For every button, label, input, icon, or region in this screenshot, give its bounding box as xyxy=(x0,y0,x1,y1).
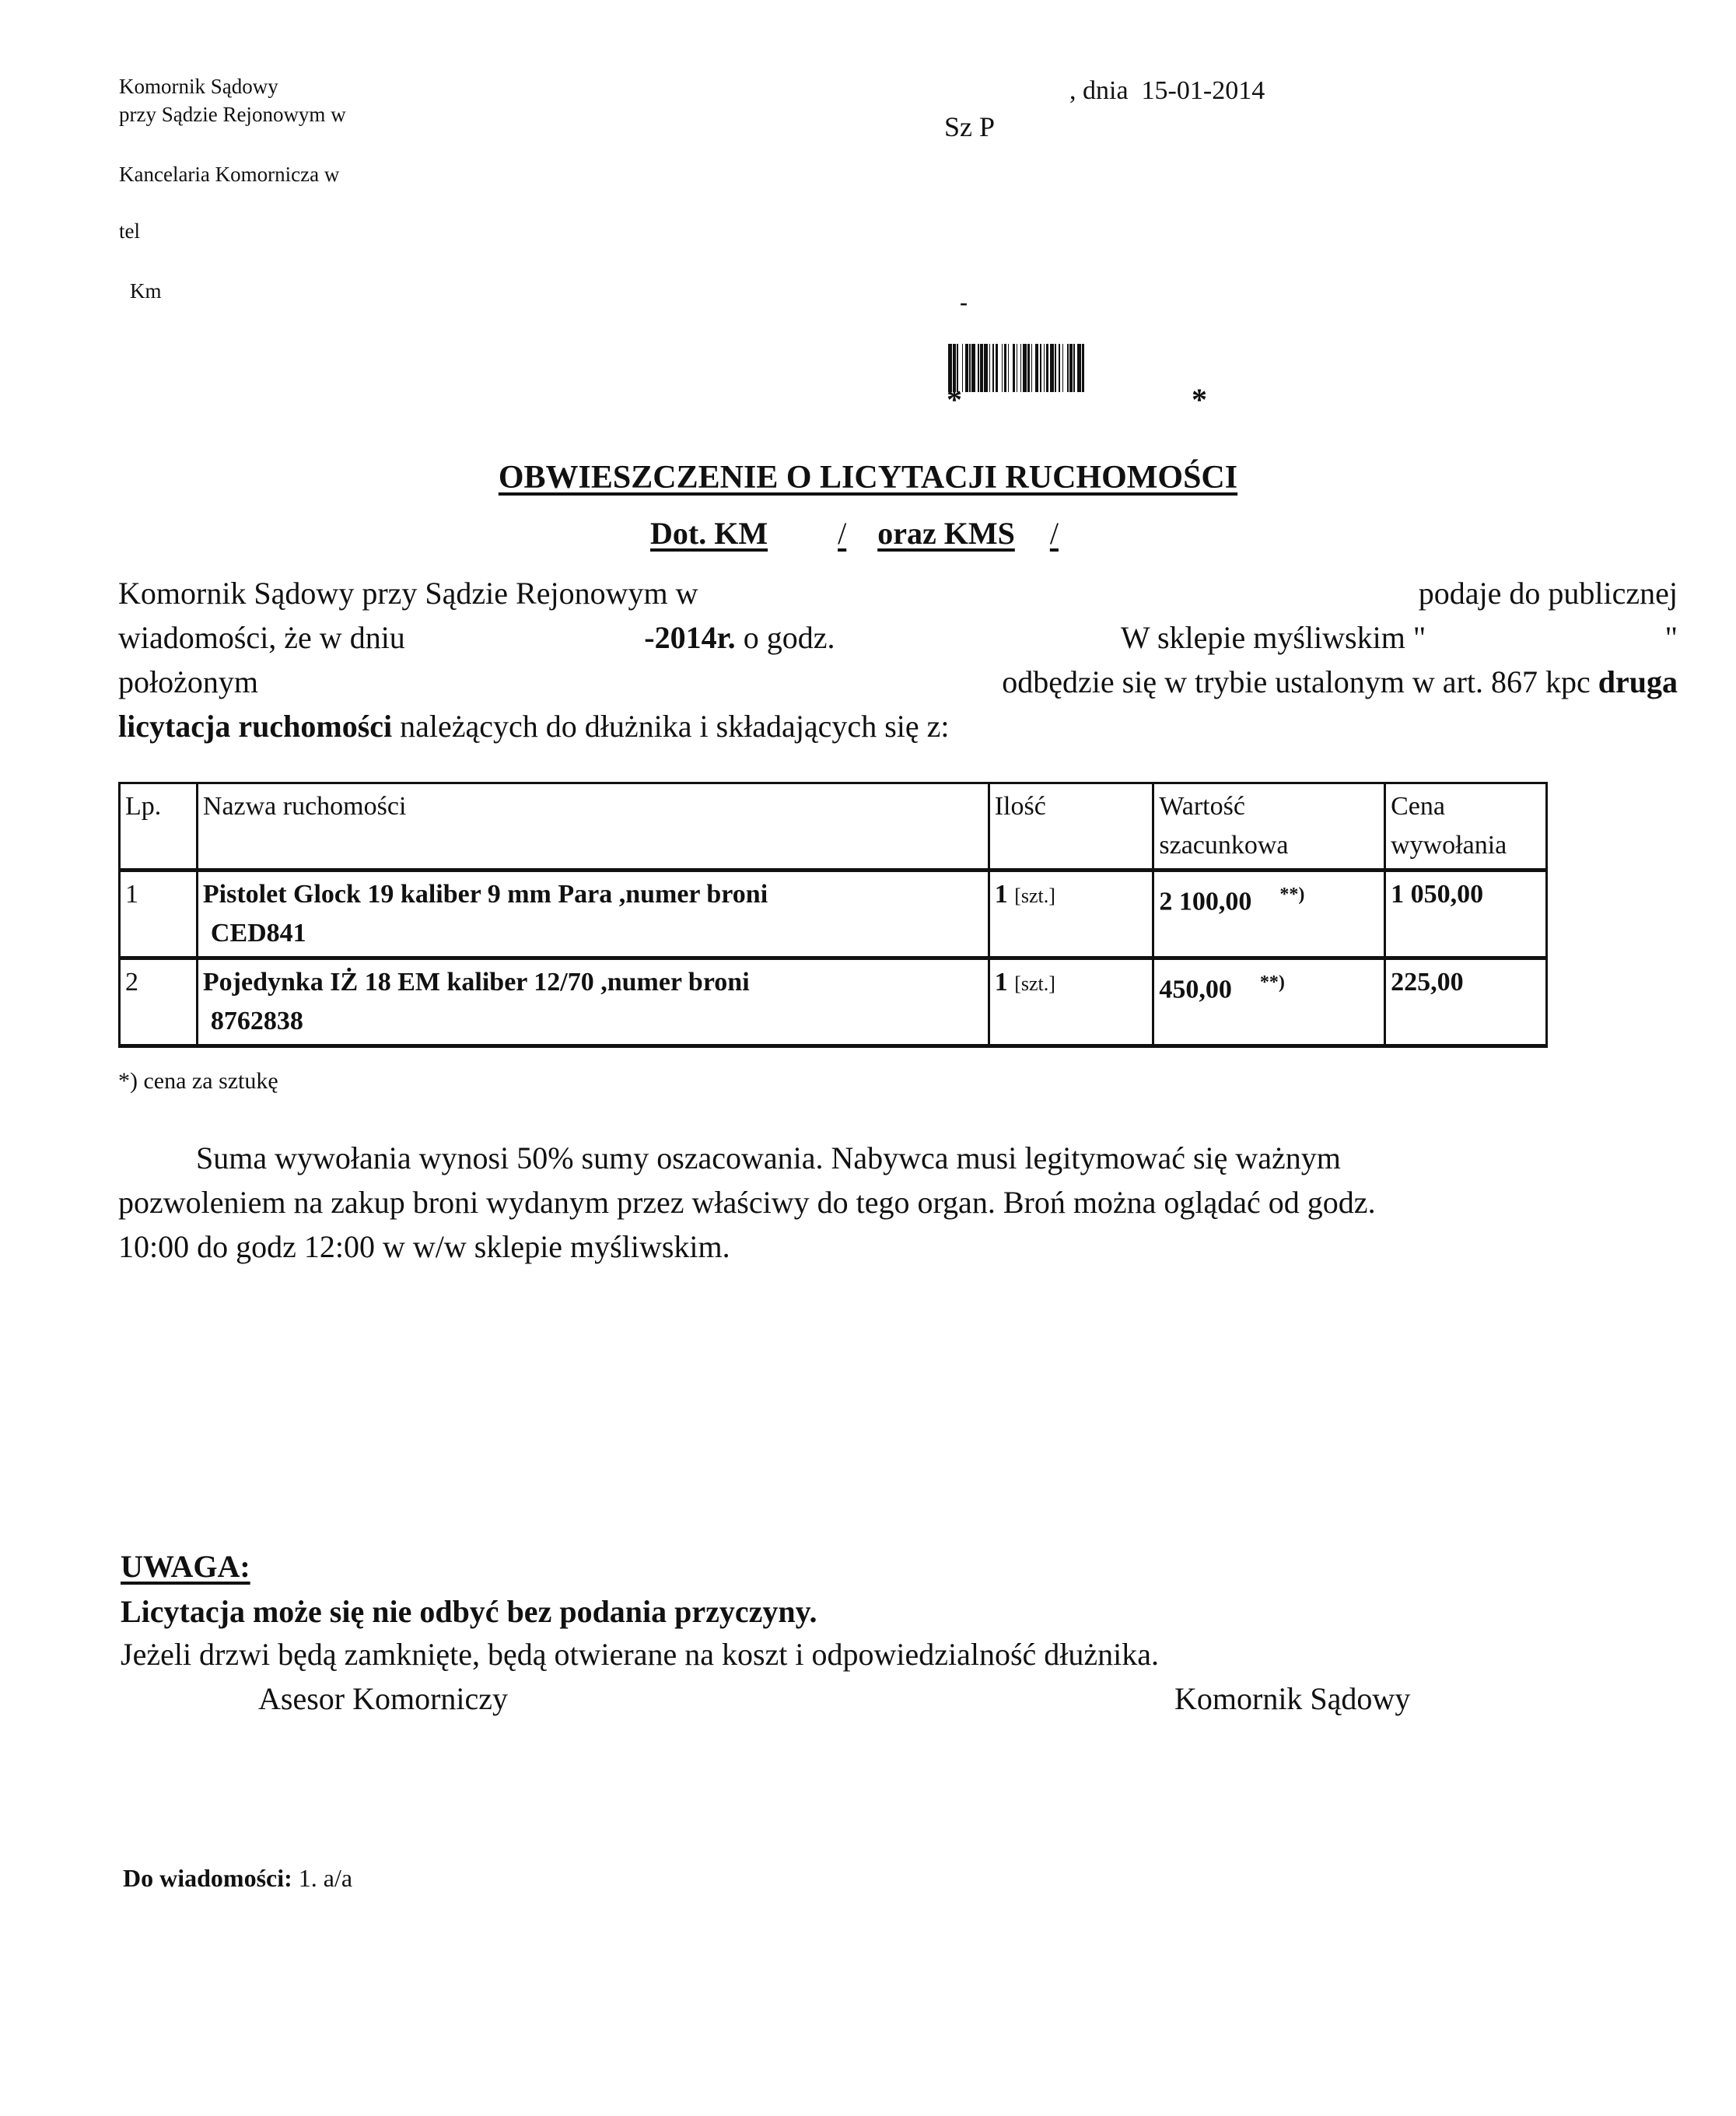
date-value: 15-01-2014 xyxy=(1142,76,1265,105)
header-name: Nazwa ruchomości xyxy=(197,783,989,871)
footnote: *) cena za sztukę xyxy=(118,1068,278,1095)
distribution-line: Do wiadomości: 1. a/a xyxy=(123,1864,352,1893)
intro-line-3: położonym odbędzie się w trybie ustalony… xyxy=(118,660,1678,704)
header-price: Cena wywołania xyxy=(1385,783,1547,871)
items-table: Lp. Nazwa ruchomości Ilość Wartość szacu… xyxy=(118,782,1548,1048)
notice-heading: UWAGA: xyxy=(121,1548,250,1585)
body-line-3: 10:00 do godz 12:00 w w/w sklepie myśliw… xyxy=(118,1224,1678,1269)
sender-line-1: Komornik Sądowy xyxy=(119,72,278,101)
table-row: 2 Pojedynka IŻ 18 EM kaliber 12/70 ,nume… xyxy=(120,958,1547,1046)
case-number-label: Km xyxy=(130,276,162,306)
barcode-icon xyxy=(948,344,1213,392)
header-lp: Lp. xyxy=(120,783,198,871)
sender-line-2: przy Sądzie Rejonowym w xyxy=(119,100,346,129)
intro-line-4: licytacja ruchomości należących do dłużn… xyxy=(118,704,1678,748)
tel-label: tel xyxy=(119,216,140,246)
header-value: Wartość szacunkowa xyxy=(1153,783,1385,871)
signature-bailiff: Komornik Sądowy xyxy=(1174,1680,1410,1717)
notice-line: Jeżeli drzwi będą zamknięte, będą otwier… xyxy=(121,1636,1159,1673)
km-label: Dot. KM xyxy=(650,516,768,551)
barcode-start-star: * xyxy=(947,381,962,418)
body-line-1: Suma wywołania wynosi 50% sumy oszacowan… xyxy=(118,1136,1678,1180)
table-row: 1 Pistolet Glock 19 kaliber 9 mm Para ,n… xyxy=(120,871,1547,958)
intro-paragraph: Komornik Sądowy przy Sądzie Rejonowym w … xyxy=(118,571,1678,748)
dash-mark: - xyxy=(960,289,968,316)
barcode-end-star: * xyxy=(1192,381,1207,418)
kms-label: oraz KMS xyxy=(877,516,1015,551)
notice-bold-line: Licytacja może się nie odbyć bez podania… xyxy=(121,1593,817,1630)
intro-line-2: wiadomości, że w dniu -2014r. o godz. W … xyxy=(118,615,1678,660)
intro-line-1: Komornik Sądowy przy Sądzie Rejonowym w … xyxy=(118,571,1678,615)
date-prefix: , dnia xyxy=(1069,76,1129,105)
table-header-row: Lp. Nazwa ruchomości Ilość Wartość szacu… xyxy=(120,783,1547,871)
body-paragraph: Suma wywołania wynosi 50% sumy oszacowan… xyxy=(118,1136,1678,1269)
case-reference: Dot. KM/oraz KMS/ xyxy=(650,515,1090,552)
document-title-wrap: OBWIESZCZENIE O LICYTACJI RUCHOMOŚCI xyxy=(0,459,1736,496)
header-qty: Ilość xyxy=(989,783,1153,871)
date-line: , dnia 15-01-2014 xyxy=(1069,76,1265,106)
office-label: Kancelaria Komornicza w xyxy=(119,159,339,189)
signature-assessor: Asesor Komorniczy xyxy=(258,1680,508,1717)
recipient-label: Sz P xyxy=(944,110,995,143)
document-title: OBWIESZCZENIE O LICYTACJI RUCHOMOŚCI xyxy=(499,459,1237,496)
body-line-2: pozwoleniem na zakup broni wydanym przez… xyxy=(118,1180,1678,1224)
